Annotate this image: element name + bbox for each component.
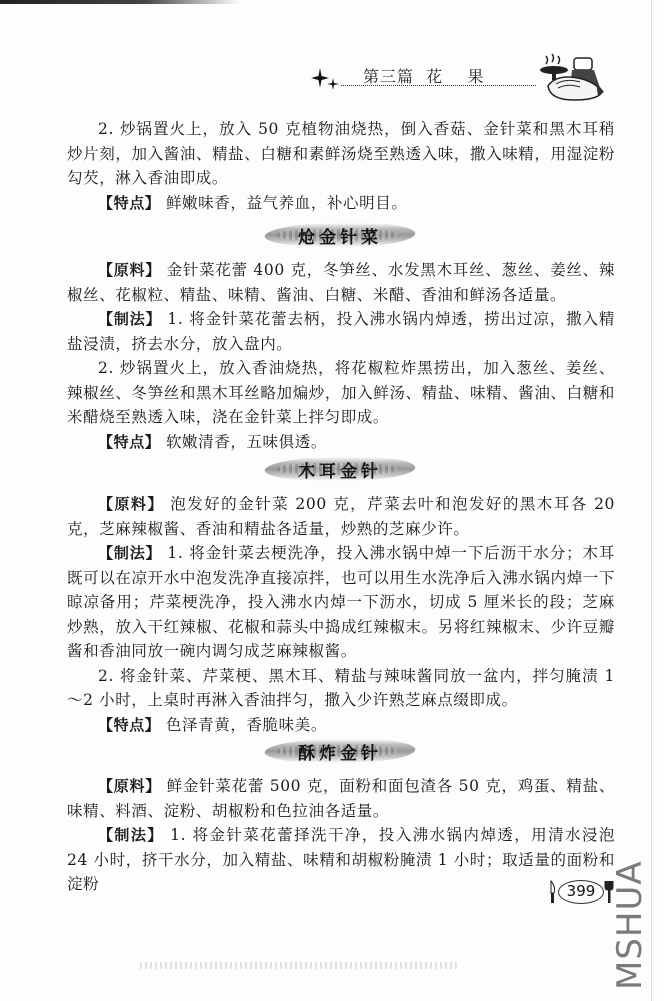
method-label: 【制法】	[98, 310, 162, 328]
recipe-title: 酥炸金针	[265, 739, 415, 764]
method-step-2: 2. 将金针菜、芹菜梗、黑木耳、精盐与辣味酱同放一盆内，拌匀腌渍 1～2 小时，…	[67, 664, 615, 713]
ingredients-label: 【原料】	[98, 261, 161, 279]
knife-icon	[548, 880, 558, 904]
section-title: 第三篇 花 果	[363, 64, 485, 87]
chef-with-dish-icon	[538, 52, 608, 104]
method-step-2: 2. 炒锅置火上，放入香油烧热，将花椒粒炸黑捞出，加入葱丝、姜丝、辣椒丝、冬笋丝…	[67, 356, 615, 430]
ingredients-label: 【原料】	[98, 777, 161, 795]
ingredients-line: 【原料】 泡发好的金针菜 200 克，芹菜去叶和泡发好的黑木耳各 20 克，芝麻…	[67, 492, 615, 541]
running-header: 第三篇 花 果	[305, 62, 535, 92]
page-number-badge: 399	[546, 878, 616, 904]
feature-line: 【特点】 软嫩清香，五味俱透。	[67, 430, 615, 455]
recipe-title-banner: 炝金针菜	[265, 219, 415, 251]
feature-text: 鲜嫩味香，益气养血，补心明目。	[166, 194, 408, 212]
sparkle-stars-icon	[311, 66, 341, 92]
feature-text: 色泽青黄，香脆味美。	[166, 716, 327, 734]
ingredients-label: 【原料】	[98, 495, 164, 513]
feature-label: 【特点】	[98, 433, 160, 451]
ingredients-line: 【原料】 鲜金针菜花蕾 500 克，面粉和面包渣各 50 克，鸡蛋、精盐、味精、…	[67, 774, 615, 823]
recipe-body: 【原料】 泡发好的金针菜 200 克，芹菜去叶和泡发好的黑木耳各 20 克，芝麻…	[67, 492, 615, 737]
method-label: 【制法】	[98, 826, 164, 844]
method-line: 【制法】 1. 将金针菜去梗洗净，投入沸水锅中焯一下后沥干水分；木耳既可以在凉开…	[67, 541, 615, 664]
ingredients-line: 【原料】 金针菜花蕾 400 克，冬笋丝、水发黑木耳丝、葱丝、姜丝、辣椒丝、花椒…	[67, 258, 615, 307]
feature-line: 【特点】 色泽青黄，香脆味美。	[67, 713, 615, 738]
recipe-title-banner: 酥炸金针	[265, 735, 415, 767]
recipe-body: 【原料】 金针菜花蕾 400 克，冬笋丝、水发黑木耳丝、葱丝、姜丝、辣椒丝、花椒…	[67, 258, 615, 454]
watermark: MSHUA	[610, 890, 650, 990]
method-line: 【制法】 1. 将金针菜花蕾择洗干净，投入沸水锅内焯透，用清水浸泡 24 小时，…	[67, 823, 615, 897]
feature-text: 软嫩清香，五味俱透。	[166, 433, 327, 451]
recipe-title: 炝金针菜	[265, 223, 415, 248]
recipe-body: 【原料】 鲜金针菜花蕾 500 克，面粉和面包渣各 50 克，鸡蛋、精盐、味精、…	[67, 774, 615, 897]
page-number: 399	[558, 882, 604, 900]
method-step-2: 2. 炒锅置火上，放入 50 克植物油烧热，倒入香菇、金针菜和黑木耳稍炒片刻，加…	[67, 117, 615, 191]
scan-edge-shadow	[0, 0, 240, 4]
prev-recipe-continuation: 2. 炒锅置火上，放入 50 克植物油烧热，倒入香菇、金针菜和黑木耳稍炒片刻，加…	[67, 117, 615, 215]
recipe-title-banner: 木耳金针	[265, 453, 415, 485]
method-label: 【制法】	[98, 544, 162, 562]
feature-label: 【特点】	[98, 194, 160, 212]
page-edge	[651, 0, 652, 1001]
method-line: 【制法】 1. 将金针菜花蕾去柄，投入沸水锅内焯透，捞出过凉，撒入精盐浸渍，挤去…	[67, 307, 615, 356]
recipe-title: 木耳金针	[265, 457, 415, 482]
feature-label: 【特点】	[98, 716, 160, 734]
feature-line: 【特点】 鲜嫩味香，益气养血，补心明目。	[67, 191, 615, 216]
scan-artifact	[140, 962, 460, 969]
